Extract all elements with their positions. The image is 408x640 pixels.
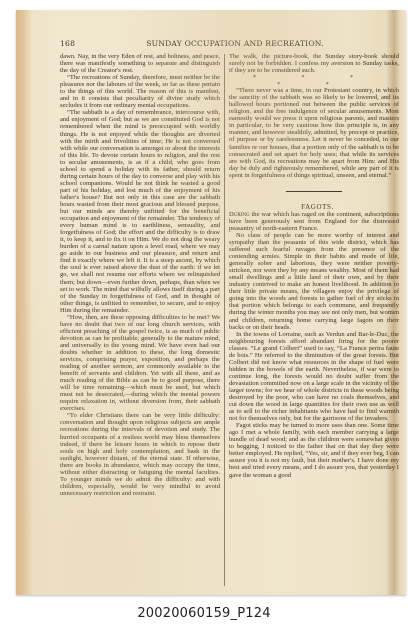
paragraph: “The recreations of Sunday, therefore, m… [60,74,220,109]
running-title: SUNDAY OCCUPATION AND RECREATION. [60,39,386,48]
drop-word: During [229,211,250,218]
paragraph: During the war which has raged on the co… [229,211,399,232]
paragraph: The walk, the picture-book, the Sunday s… [229,53,399,74]
running-head: 168 SUNDAY OCCUPATION AND RECREATION. [60,39,386,51]
section-break-stars: * * * * * [229,75,399,83]
column-divider [224,54,225,586]
section-rule [286,191,342,192]
paragraph: Fagot sticks may be turned to more uses … [229,422,399,478]
paragraph: “There never was a time, in our Protesta… [229,87,399,179]
section-title: FAGOTS. [229,204,399,211]
paragraph: No class of people can be more worthy of… [229,232,399,331]
paragraph: “The sabbath is a day of remembrance, in… [60,109,220,313]
scanned-book-page: 168 SUNDAY OCCUPATION AND RECREATION. da… [16,10,406,595]
paragraph-text: the war which has raged on the continent… [229,211,399,232]
right-column: The walk, the picture-book, the Sunday s… [229,53,399,479]
paragraph: “To elder Christians there can be very l… [60,412,220,497]
paragraph: dawn. Nay, in the very Eden of rest, and… [60,53,220,74]
paragraph: “How, then, are these opposing difficult… [60,314,220,413]
left-column: dawn. Nay, in the very Eden of rest, and… [60,53,220,497]
paragraph: In the towns of Lorraine, such as Verdun… [229,331,399,423]
image-caption: 20020060159_P124 [0,606,408,621]
